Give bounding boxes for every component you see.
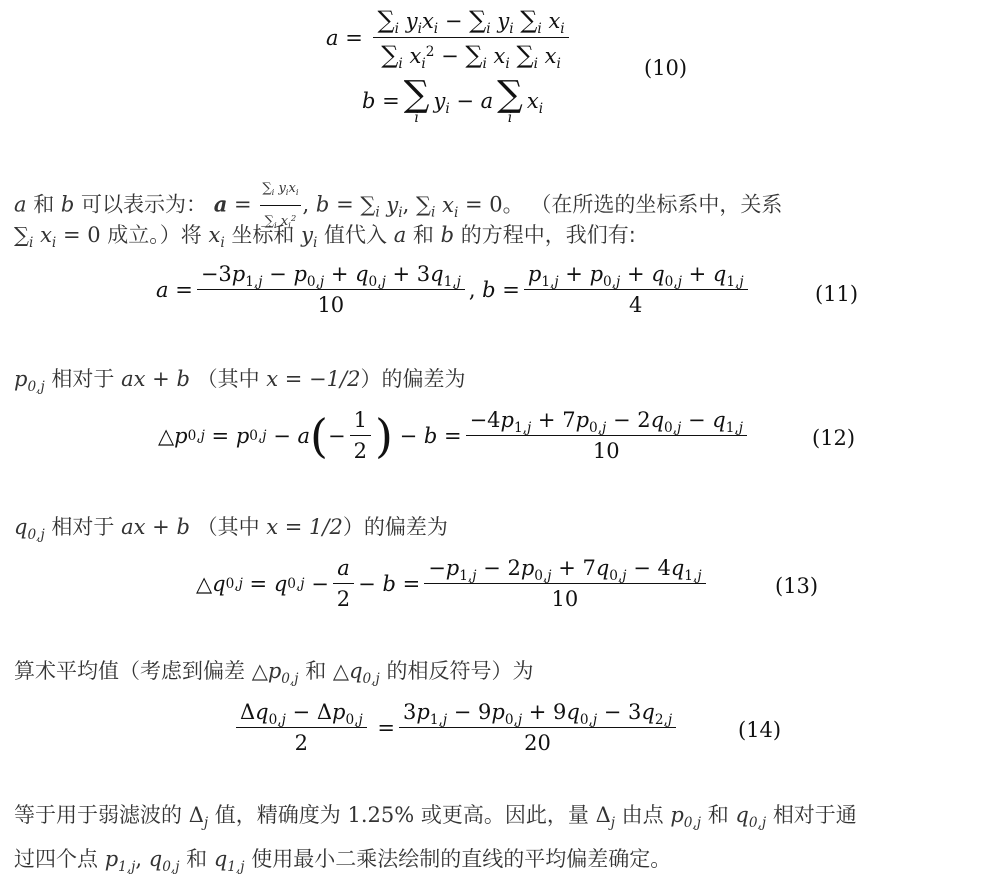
paragraph-5-line-1: 等于用于弱滤波的 Δj 值，精确度为 1.25% 或更高。因此，量 Δj 由点 … xyxy=(14,800,857,830)
text-span: 或更高。因此，量 xyxy=(421,803,589,827)
text-span: 和 xyxy=(708,803,729,827)
text-span: 的相反符号）为 xyxy=(386,659,533,683)
text-span: 由点 xyxy=(622,803,664,827)
equation-14: Δq0,j − Δp0,j2 = 3p1,j − 9p0,j + 9q0,j −… xyxy=(232,700,680,755)
paragraph-2: p0,j 相对于 ax + b （其中 x = −1/2）的偏差为 xyxy=(14,364,465,394)
equation-12: △p0,j = p0,j − a(−12) − b = −4p1,j + 7p0… xyxy=(158,408,751,463)
text-span: 过四个点 xyxy=(14,847,98,871)
text-span: 相对于通 xyxy=(773,803,857,827)
text-span: 算术平均值（考虑到偏差 xyxy=(14,659,245,683)
text-span: 和 xyxy=(413,223,434,247)
text-span: 值代入 xyxy=(324,223,387,247)
text-span: 等于用于弱滤波的 xyxy=(14,803,182,827)
text-span: （其中 xyxy=(197,515,260,539)
equation-11: a = −3p1,j − p0,j + q0,j + 3q1,j10, b = … xyxy=(156,262,752,317)
fraction-a: ∑i yixi − ∑i yi ∑i xi ∑i xi2 − ∑i xi ∑i … xyxy=(373,6,568,69)
text-span: 使用最小二乘法绘制的直线的平均偏差确定。 xyxy=(251,847,671,871)
text-span: 相对于 xyxy=(51,515,114,539)
text-span: （在所选的坐标系中，关系 xyxy=(530,193,782,217)
equation-number-14: (14) xyxy=(738,718,781,742)
text-span: ）的偏差为 xyxy=(343,515,448,539)
text-span: 成立。）将 xyxy=(107,223,202,247)
paragraph-1-line-2: ∑i xi = 0 成立。）将 xi 坐标和 yi 值代入 a 和 b 的方程中… xyxy=(14,220,636,250)
text-span: 和 xyxy=(33,193,54,217)
text-span: 可以表示为： xyxy=(81,193,207,217)
text-span: 和 xyxy=(305,659,326,683)
equation-number-11: (11) xyxy=(815,282,858,306)
equation-13: △q0,j = q0,j − a2− b = −p1,j − 2p0,j + 7… xyxy=(196,556,710,611)
equation-number-10: (10) xyxy=(644,56,687,80)
text-span: ）的偏差为 xyxy=(360,367,465,391)
equation-number-13: (13) xyxy=(775,574,818,598)
percentage-value: 1.25% xyxy=(347,803,414,827)
equation-number-12: (12) xyxy=(812,426,855,450)
math-span: x = 1/2 xyxy=(266,515,343,539)
text-span: （其中 xyxy=(197,367,260,391)
text-span: 值，精确度为 xyxy=(215,803,341,827)
text-span: 坐标和 xyxy=(231,223,294,247)
paragraph-4: 算术平均值（考虑到偏差 △p0,j 和 △q0,j 的相反符号）为 xyxy=(14,656,533,686)
math-span: x = −1/2 xyxy=(266,367,360,391)
text-span: 的方程中，我们有: xyxy=(461,223,636,247)
equation-10-b: b = ∑i yi − a ∑i xi xyxy=(362,78,543,124)
paragraph-3: q0,j 相对于 ax + b （其中 x = 1/2）的偏差为 xyxy=(14,512,448,542)
text-span: 相对于 xyxy=(51,367,114,391)
paragraph-5-line-2: 过四个点 p1,j, q0,j 和 q1,j 使用最小二乘法绘制的直线的平均偏差… xyxy=(14,844,671,874)
equation-10-a: a = ∑i yixi − ∑i yi ∑i xi ∑i xi2 − ∑i xi… xyxy=(326,6,573,69)
text-span: 和 xyxy=(186,847,207,871)
